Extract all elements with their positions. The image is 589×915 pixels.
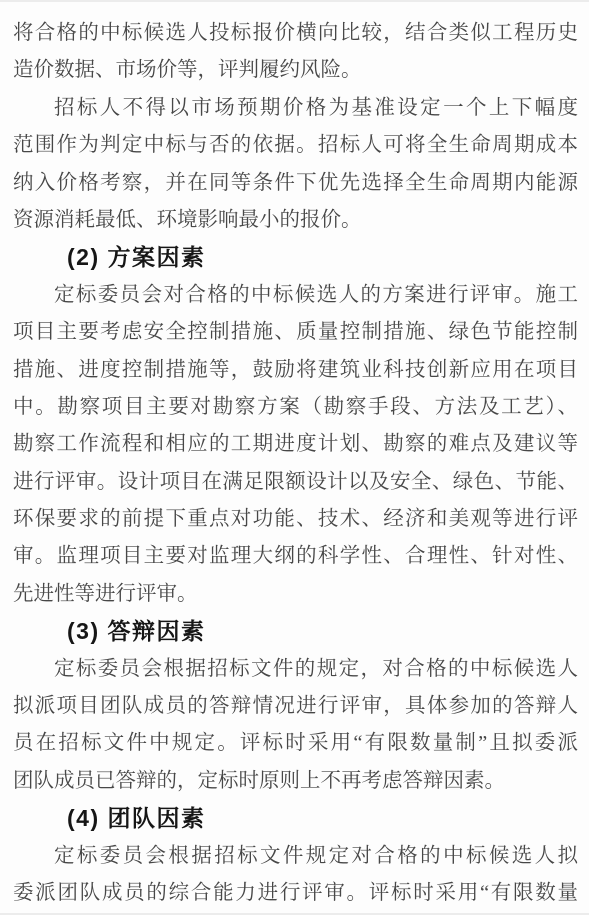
text-line: 中。勘察项目主要对勘察方案（勘察手段、方法及工艺）、 — [13, 389, 578, 426]
text-line: 先进性等进行评审。 — [13, 576, 578, 613]
text-line: 造价数据、市场价等，评判履约风险。 — [13, 52, 578, 89]
text-line: 定标委员会对合格的中标候选人的方案进行评审。施工 — [13, 277, 578, 314]
text-line: 范围作为判定中标与否的依据。招标人可将全生命周期成本 — [13, 127, 578, 164]
text-line: 招标人不得以市场预期价格为基准设定一个上下幅度 — [13, 90, 578, 127]
text-line: 拟派项目团队成员的答辩情况进行评审，具体参加的答辩人 — [13, 688, 578, 725]
text-line: 定标委员会根据招标文件的规定，对合格的中标候选人 — [13, 651, 578, 688]
section-heading-plan-factor: (2) 方案因素 — [13, 239, 578, 276]
text-line: 环保要求的前提下重点对功能、技术、经济和美观等进行评 — [13, 501, 578, 538]
text-line: 资源消耗最低、环境影响最小的报价。 — [13, 202, 578, 239]
text-line: 定标委员会根据招标文件规定对合格的中标候选人拟 — [13, 838, 578, 875]
document-page: 将合格的中标候选人投标报价横向比较，结合类似工程历史 造价数据、市场价等，评判履… — [0, 0, 589, 915]
text-line: 措施、进度控制措施等，鼓励将建筑业科技创新应用在项目 — [13, 352, 578, 389]
text-line: 纳入价格考察，并在同等条件下优先选择全生命周期内能源 — [13, 165, 578, 202]
section-heading-team-factor: (4) 团队因素 — [13, 800, 578, 837]
text-line: 将合格的中标候选人投标报价横向比较，结合类似工程历史 — [13, 15, 578, 52]
text-line: 审。监理项目主要对监理大纲的科学性、合理性、针对性、 — [13, 538, 578, 575]
section-heading-defense-factor: (3) 答辩因素 — [13, 613, 578, 650]
text-line: 项目主要考虑安全控制措施、质量控制措施、绿色节能控制 — [13, 314, 578, 351]
text-line: 员在招标文件中规定。评标时采用“有限数量制”且拟委派 — [13, 725, 578, 762]
text-line: 进行评审。设计项目在满足限额设计以及安全、绿色、节能、 — [13, 464, 578, 501]
text-line: 勘察工作流程和相应的工期进度计划、勘察的难点及建议等 — [13, 426, 578, 463]
text-line: 团队成员已答辩的，定标时原则上不再考虑答辩因素。 — [13, 763, 578, 800]
text-line: 委派团队成员的综合能力进行评审。评标时采用“有限数量 — [13, 875, 578, 912]
